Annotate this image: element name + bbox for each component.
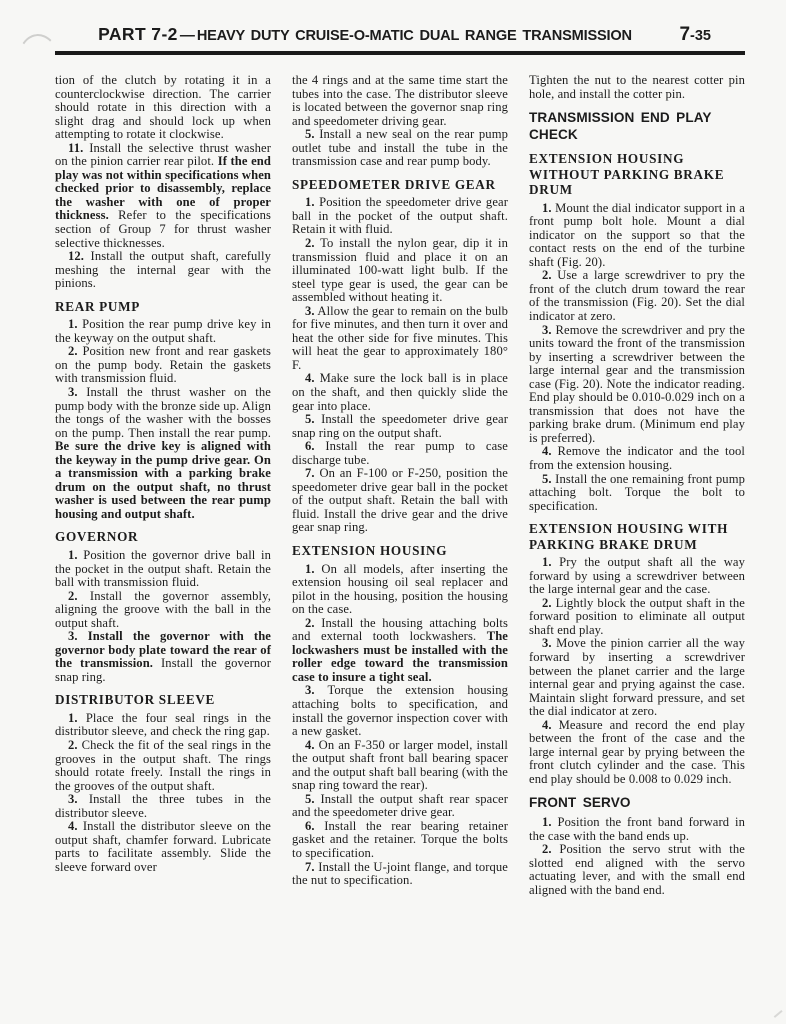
bold-text-segment: 2. [305, 616, 315, 630]
scan-artifact-slash [774, 1009, 783, 1017]
page-number-major: 7 [679, 24, 690, 45]
bold-text-segment: 5. [305, 127, 315, 141]
text-segment: Check the fit of the seal rings in the g… [55, 738, 271, 793]
bold-text-segment: 11. [68, 141, 83, 155]
section-heading: EXTENSION HOUSING WITHOUT PARKING BRAKE … [529, 151, 745, 198]
page-header: PART 7-2—HEAVY DUTY CRUISE-O-MATIC DUAL … [55, 24, 745, 48]
bold-text-segment: 3. [542, 636, 552, 650]
text-segment: Install the thrust washer on the pump bo… [55, 385, 271, 440]
text-segment: Install the U-joint flange, and torque t… [292, 860, 508, 888]
paragraph: 1. Position the rear pump drive key in t… [55, 318, 271, 345]
bold-text-segment: 2. [542, 842, 552, 856]
section-heading: GOVERNOR [55, 529, 271, 545]
bold-text-segment: 2. [305, 236, 315, 250]
text-segment: Position new front and rear gaskets on t… [55, 344, 271, 385]
header-title: PART 7-2—HEAVY DUTY CRUISE-O-MATIC DUAL … [55, 24, 675, 45]
paragraph: 3. Move the pinion carrier all the way f… [529, 637, 745, 718]
text-segment: On an F-100 or F-250, position the speed… [292, 466, 508, 534]
text-segment: tion of the clutch by rotating it in a c… [55, 74, 271, 141]
paragraph: 6. Install the rear pump to case dischar… [292, 440, 508, 467]
section-heading: DISTRIBUTOR SLEEVE [55, 692, 271, 708]
text-segment: Install the output shaft, carefully mesh… [55, 249, 271, 290]
paragraph: 4. Install the distributor sleeve on the… [55, 820, 271, 874]
text-segment: Place the four seal rings in the distrib… [55, 711, 271, 739]
bold-text-segment: 1. [305, 562, 315, 576]
paragraph: 3. Install the governor with the governo… [55, 630, 271, 684]
bold-text-segment: 4. [542, 718, 552, 732]
section-heading: EXTENSION HOUSING WITH PARKING BRAKE DRU… [529, 521, 745, 552]
paragraph: 2. To install the nylon gear, dip it in … [292, 237, 508, 305]
section-heading: FRONT SERVO [529, 795, 745, 812]
text-segment: Position the servo strut with the slotte… [529, 842, 745, 897]
paragraph: 1. Pry the output shaft all the way forw… [529, 556, 745, 597]
text-segment: Install the rear pump to case discharge … [292, 439, 508, 467]
text-segment: Position the governor drive ball in the … [55, 548, 271, 589]
paragraph: 5. Install the speedometer drive gear sn… [292, 413, 508, 440]
text-segment: Mount the dial indicator support in a fr… [529, 201, 745, 269]
bold-text-segment: 3. [305, 683, 315, 697]
bold-text-segment: 2. [542, 268, 552, 282]
paragraph: 3. Torque the extension housing attachin… [292, 684, 508, 738]
paragraph: 3. Allow the gear to remain on the bulb … [292, 305, 508, 373]
bold-text-segment: 2. [68, 589, 78, 603]
paragraph: 4. Measure and record the end play betwe… [529, 719, 745, 787]
text-segment: Make sure the lock ball is in place on t… [292, 371, 508, 412]
paragraph: 12. Install the output shaft, carefully … [55, 250, 271, 291]
paragraph: 2. Lightly block the output shaft in the… [529, 597, 745, 638]
text-segment: the 4 rings and at the same time start t… [292, 74, 508, 128]
text-segment: Install the distributor sleeve on the ou… [55, 819, 271, 874]
bold-text-segment: Be sure the drive key is aligned with th… [55, 439, 271, 521]
paragraph: 1. Position the speedometer drive gear b… [292, 196, 508, 237]
paragraph: 2. Position the servo strut with the slo… [529, 843, 745, 897]
text-segment: Tighten the nut to the nearest cotter pi… [529, 74, 745, 101]
section-heading: EXTENSION HOUSING [292, 543, 508, 559]
text-segment: Remove the screwdriver and pry the units… [529, 323, 745, 445]
text-segment: On all models, after inserting the exten… [292, 562, 508, 617]
bold-text-segment: 3. [305, 304, 315, 318]
paragraph: 5. Install the output shaft rear spacer … [292, 793, 508, 820]
bold-text-segment: 5. [305, 792, 315, 806]
text-segment: Use a large screwdriver to pry the front… [529, 268, 745, 323]
bold-text-segment: 4. [68, 819, 78, 833]
section-heading: SPEEDOMETER DRIVE GEAR [292, 177, 508, 193]
paragraph: 7. On an F-100 or F-250, position the sp… [292, 467, 508, 535]
bold-text-segment: 2. [68, 738, 78, 752]
text-segment: Position the rear pump drive key in the … [55, 317, 271, 345]
bold-text-segment: 2. [68, 344, 78, 358]
bold-text-segment: 7. [305, 466, 315, 480]
bold-text-segment: 1. [68, 548, 78, 562]
section-heading: TRANSMISSION END PLAY CHECK [529, 110, 745, 143]
column-left: tion of the clutch by rotating it in a c… [55, 74, 271, 1018]
paragraph: 3. Install the three tubes in the distri… [55, 793, 271, 820]
paragraph: 1. Position the governor drive ball in t… [55, 549, 271, 590]
paragraph: 1. On all models, after inserting the ex… [292, 563, 508, 617]
paragraph: 6. Install the rear bearing retainer gas… [292, 820, 508, 861]
paragraph: 5. Install a new seal on the rear pump o… [292, 128, 508, 169]
paragraph: 2. Use a large screwdriver to pry the fr… [529, 269, 745, 323]
header-rule [55, 51, 745, 55]
paragraph: 2. Install the governor assembly, aligni… [55, 590, 271, 631]
bold-text-segment: 6. [305, 439, 315, 453]
paragraph: 3. Install the thrust washer on the pump… [55, 386, 271, 521]
paragraph: 2. Position new front and rear gaskets o… [55, 345, 271, 386]
text-segment: Install the one remaining front pump att… [529, 472, 745, 513]
part-label: PART 7-2 [98, 24, 178, 44]
text-segment: Lightly block the output shaft in the fo… [529, 596, 745, 637]
column-center: the 4 rings and at the same time start t… [292, 74, 508, 1018]
paragraph: 4. On an F-350 or larger model, install … [292, 739, 508, 793]
bold-text-segment: 1. [542, 201, 552, 215]
bold-text-segment: 1. [542, 555, 552, 569]
page-number: 7-35 [679, 24, 711, 46]
bold-text-segment: 4. [542, 444, 552, 458]
document-title: HEAVY DUTY CRUISE-O-MATIC DUAL RANGE TRA… [197, 28, 632, 44]
text-segment: On an F-350 or larger model, install the… [292, 738, 508, 793]
paragraph: Tighten the nut to the nearest cotter pi… [529, 74, 745, 101]
text-segment: Pry the output shaft all the way forward… [529, 555, 745, 596]
bold-text-segment: 6. [305, 819, 315, 833]
paragraph: 11. Install the selective thrust washer … [55, 142, 271, 250]
text-segment: To install the nylon gear, dip it in tra… [292, 236, 508, 304]
bold-text-segment: 12. [68, 249, 84, 263]
manual-page: PART 7-2—HEAVY DUTY CRUISE-O-MATIC DUAL … [0, 0, 786, 1024]
paragraph: the 4 rings and at the same time start t… [292, 74, 508, 128]
dash-separator: — [178, 27, 197, 44]
columns: tion of the clutch by rotating it in a c… [55, 74, 745, 1018]
text-segment: Install the governor assembly, aligning … [55, 589, 271, 630]
text-segment: Install the housing attaching bolts and … [292, 616, 508, 644]
bold-text-segment: 5. [305, 412, 315, 426]
bold-text-segment: 4. [305, 738, 315, 752]
text-segment: Install the speedometer drive gear snap … [292, 412, 508, 440]
paragraph: 3. Remove the screwdriver and pry the un… [529, 324, 745, 446]
text-segment: Measure and record the end play between … [529, 718, 745, 786]
paragraph: tion of the clutch by rotating it in a c… [55, 74, 271, 142]
bold-text-segment: 1. [542, 815, 552, 829]
text-segment: Install the output shaft rear spacer and… [292, 792, 508, 820]
bold-text-segment: 1. [68, 711, 78, 725]
text-segment: Install the rear bearing retainer gasket… [292, 819, 508, 860]
paragraph: 7. Install the U-joint flange, and torqu… [292, 861, 508, 888]
paragraph: 4. Remove the indicator and the tool fro… [529, 445, 745, 472]
bold-text-segment: 5. [542, 472, 552, 486]
text-segment: Install a new seal on the rear pump outl… [292, 127, 508, 168]
text-segment: Torque the extension housing attaching b… [292, 683, 508, 738]
bold-text-segment: 3. [68, 792, 78, 806]
page-number-minor: -35 [690, 28, 711, 44]
bold-text-segment: 1. [305, 195, 315, 209]
column-right: Tighten the nut to the nearest cotter pi… [529, 74, 745, 1018]
paragraph: 2. Install the housing attaching bolts a… [292, 617, 508, 685]
paragraph: 1. Place the four seal rings in the dist… [55, 712, 271, 739]
text-segment: Move the pinion carrier all the way forw… [529, 636, 745, 718]
bold-text-segment: 2. [542, 596, 552, 610]
text-segment: Position the speedometer drive gear ball… [292, 195, 508, 236]
text-segment: Remove the indicator and the tool from t… [529, 444, 745, 472]
section-heading: REAR PUMP [55, 299, 271, 315]
text-segment: Install the three tubes in the distribut… [55, 792, 271, 820]
text-segment: Allow the gear to remain on the bulb for… [292, 304, 508, 372]
bold-text-segment: 3. [68, 385, 78, 399]
bold-text-segment: 7. [305, 860, 315, 874]
paragraph: 1. Position the front band forward in th… [529, 816, 745, 843]
paragraph: 5. Install the one remaining front pump … [529, 473, 745, 514]
bold-text-segment: 4. [305, 371, 315, 385]
text-segment: Position the front band forward in the c… [529, 815, 745, 843]
paragraph: 1. Mount the dial indicator support in a… [529, 202, 745, 270]
paragraph: 2. Check the fit of the seal rings in th… [55, 739, 271, 793]
bold-text-segment: 1. [68, 317, 78, 331]
bold-text-segment: 3. [542, 323, 552, 337]
paragraph: 4. Make sure the lock ball is in place o… [292, 372, 508, 413]
